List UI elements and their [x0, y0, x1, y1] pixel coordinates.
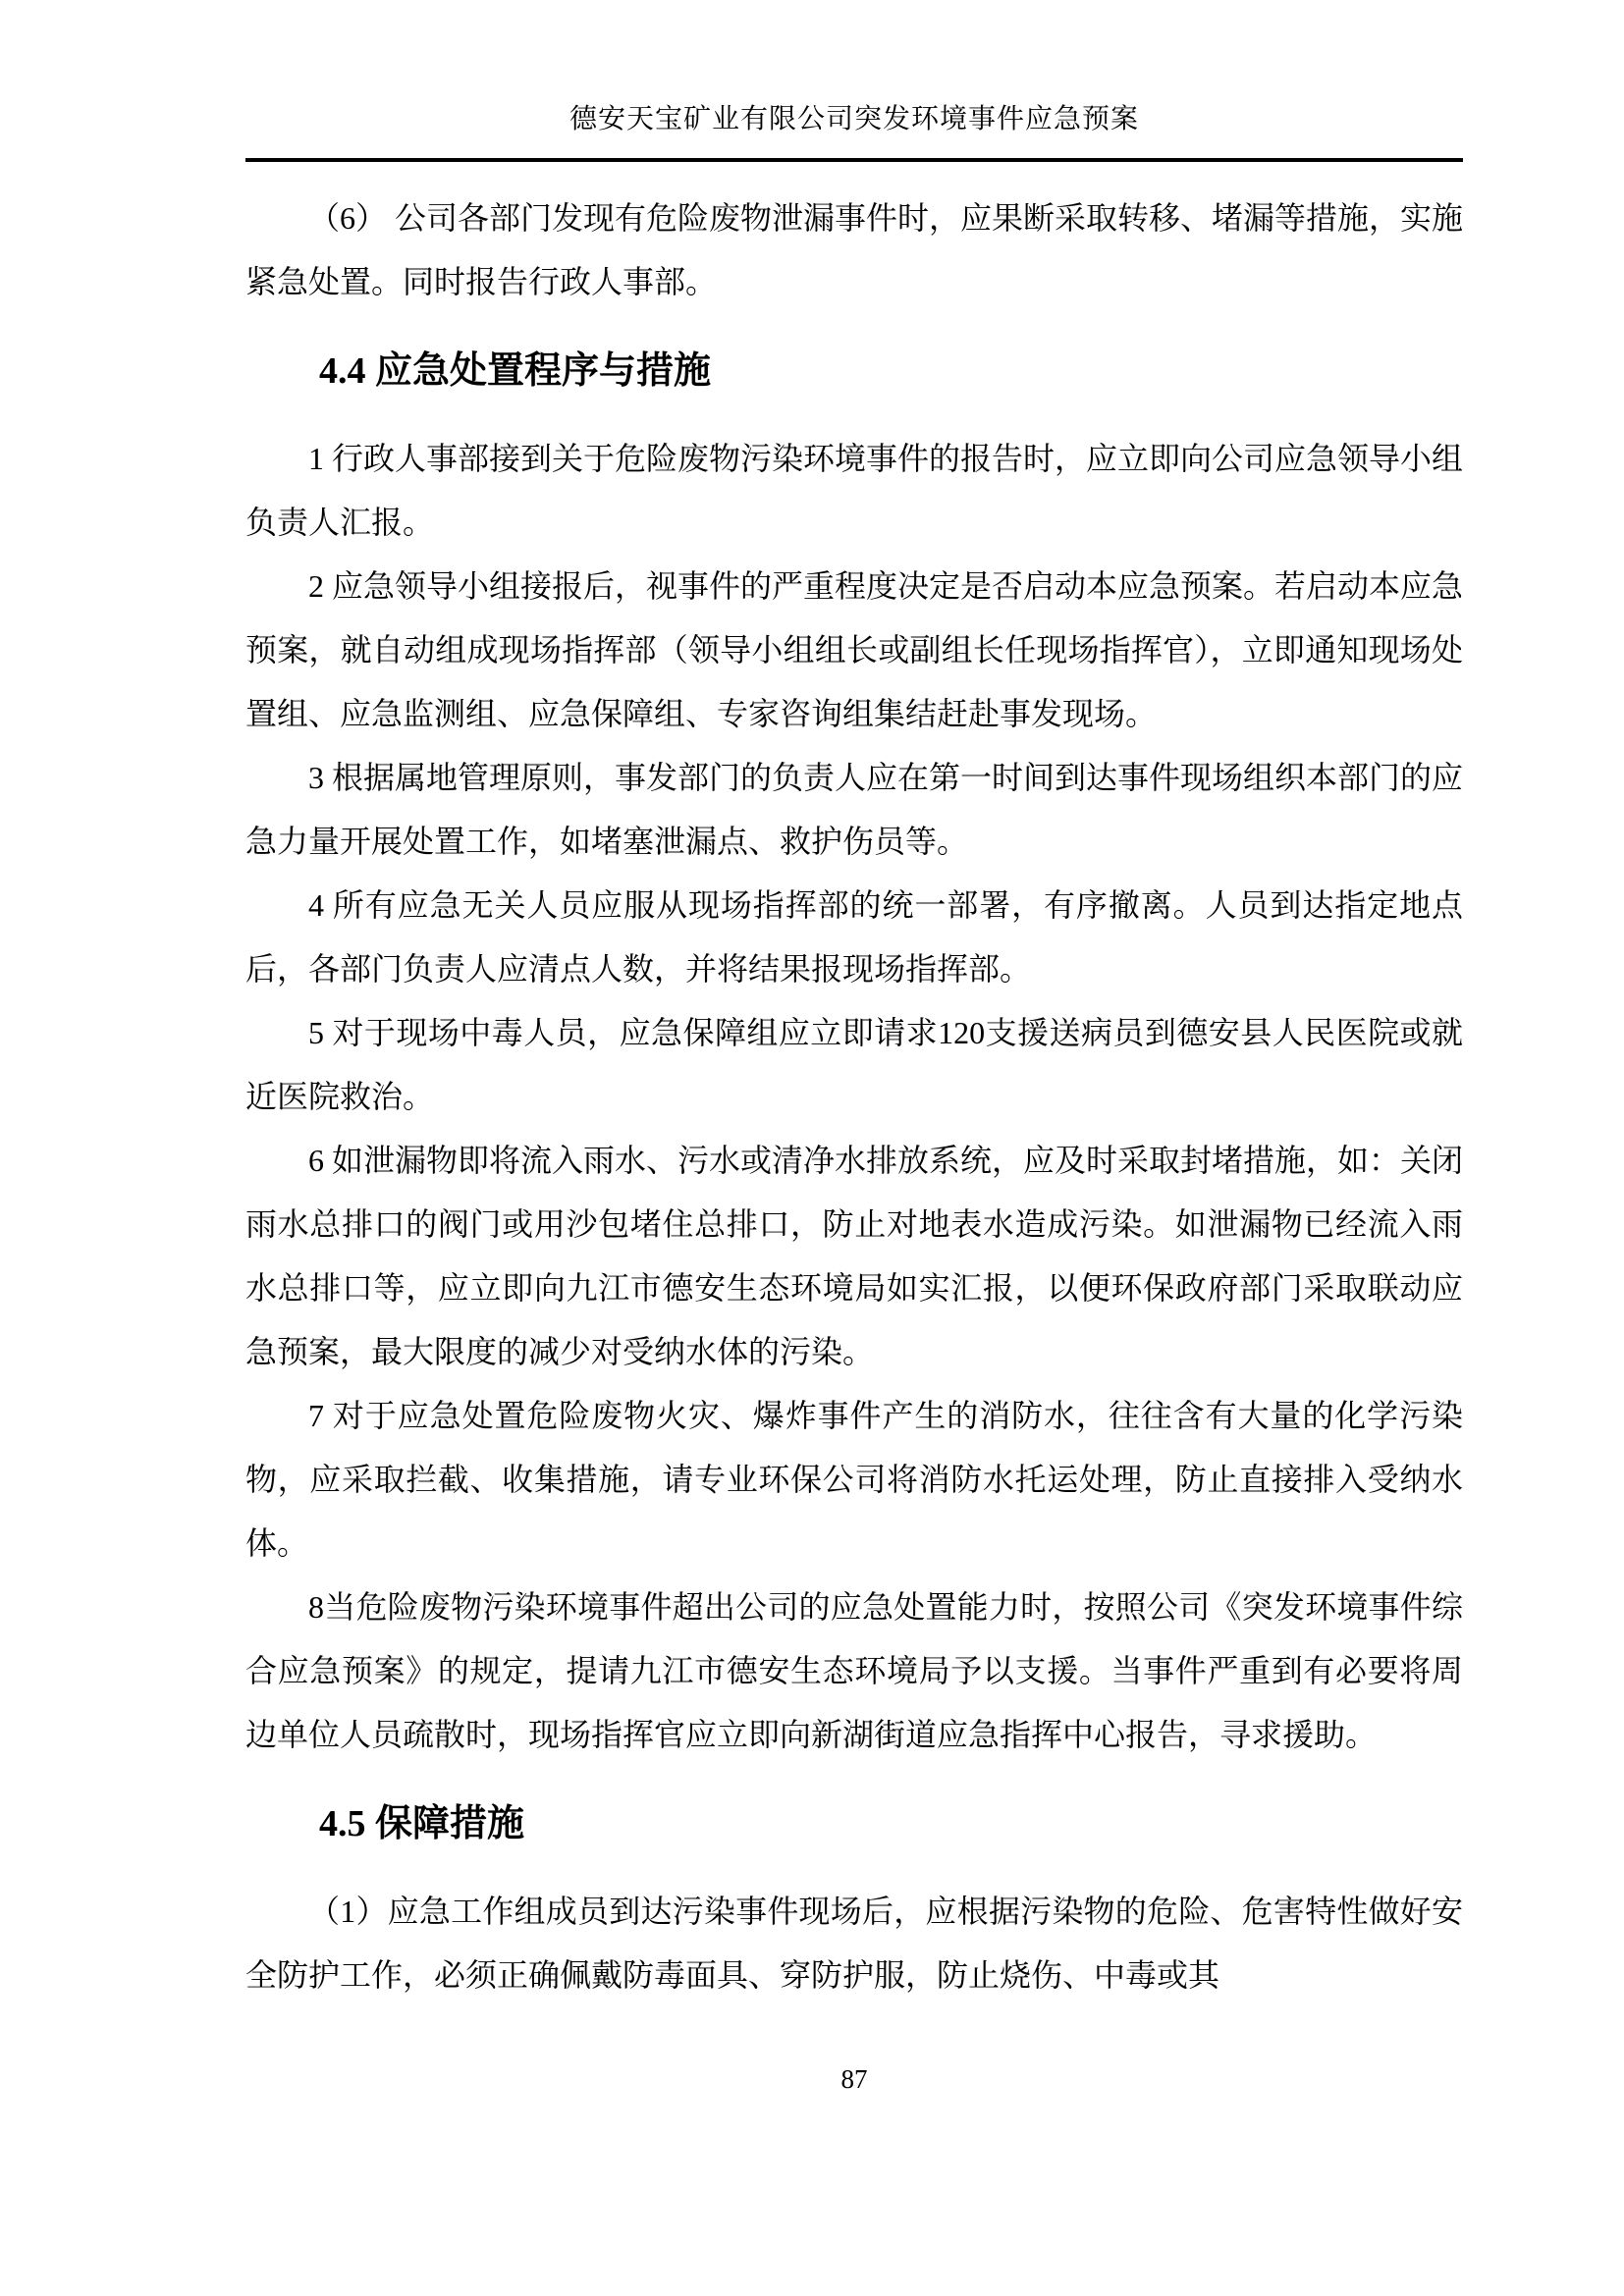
header-divider-line	[245, 158, 1463, 162]
document-page: 德安天宝矿业有限公司突发环境事件应急预案 （6） 公司各部门发现有危险废物泄漏事…	[0, 0, 1624, 2296]
body-paragraph: （1）应急工作组成员到达污染事件现场后，应根据污染物的危险、危害特性做好安全防护…	[245, 1880, 1463, 2007]
document-body: （6） 公司各部门发现有危险废物泄漏事件时，应果断采取转移、堵漏等措施，实施紧急…	[245, 187, 1463, 2007]
body-paragraph: （6） 公司各部门发现有危险废物泄漏事件时，应果断采取转移、堵漏等措施，实施紧急…	[245, 187, 1463, 314]
page-number: 87	[245, 2063, 1463, 2095]
body-paragraph: 8当危险废物污染环境事件超出公司的应急处置能力时，按照公司《突发环境事件综合应急…	[245, 1575, 1463, 1767]
body-paragraph: 2 应急领导小组接报后，视事件的严重程度决定是否启动本应急预案。若启动本应急预案…	[245, 555, 1463, 746]
body-paragraph: 7 对于应急处置危险废物火灾、爆炸事件产生的消防水，往往含有大量的化学污染物，应…	[245, 1384, 1463, 1575]
section-heading-4-4: 4.4 应急处置程序与措施	[319, 339, 1463, 403]
body-paragraph: 1 行政人事部接到关于危险废物污染环境事件的报告时，应立即向公司应急领导小组负责…	[245, 427, 1463, 555]
body-paragraph: 3 根据属地管理原则，事发部门的负责人应在第一时间到达事件现场组织本部门的应急力…	[245, 746, 1463, 874]
body-paragraph: 4 所有应急无关人员应服从现场指挥部的统一部署，有序撤离。人员到达指定地点后，各…	[245, 874, 1463, 1001]
body-paragraph: 5 对于现场中毒人员，应急保障组应立即请求120支援送病员到德安县人民医院或就近…	[245, 1001, 1463, 1129]
section-heading-4-5: 4.5 保障措施	[319, 1791, 1463, 1856]
body-paragraph: 6 如泄漏物即将流入雨水、污水或清净水排放系统，应及时采取封堵措施，如：关闭雨水…	[245, 1129, 1463, 1384]
page-header-title: 德安天宝矿业有限公司突发环境事件应急预案	[245, 102, 1463, 136]
